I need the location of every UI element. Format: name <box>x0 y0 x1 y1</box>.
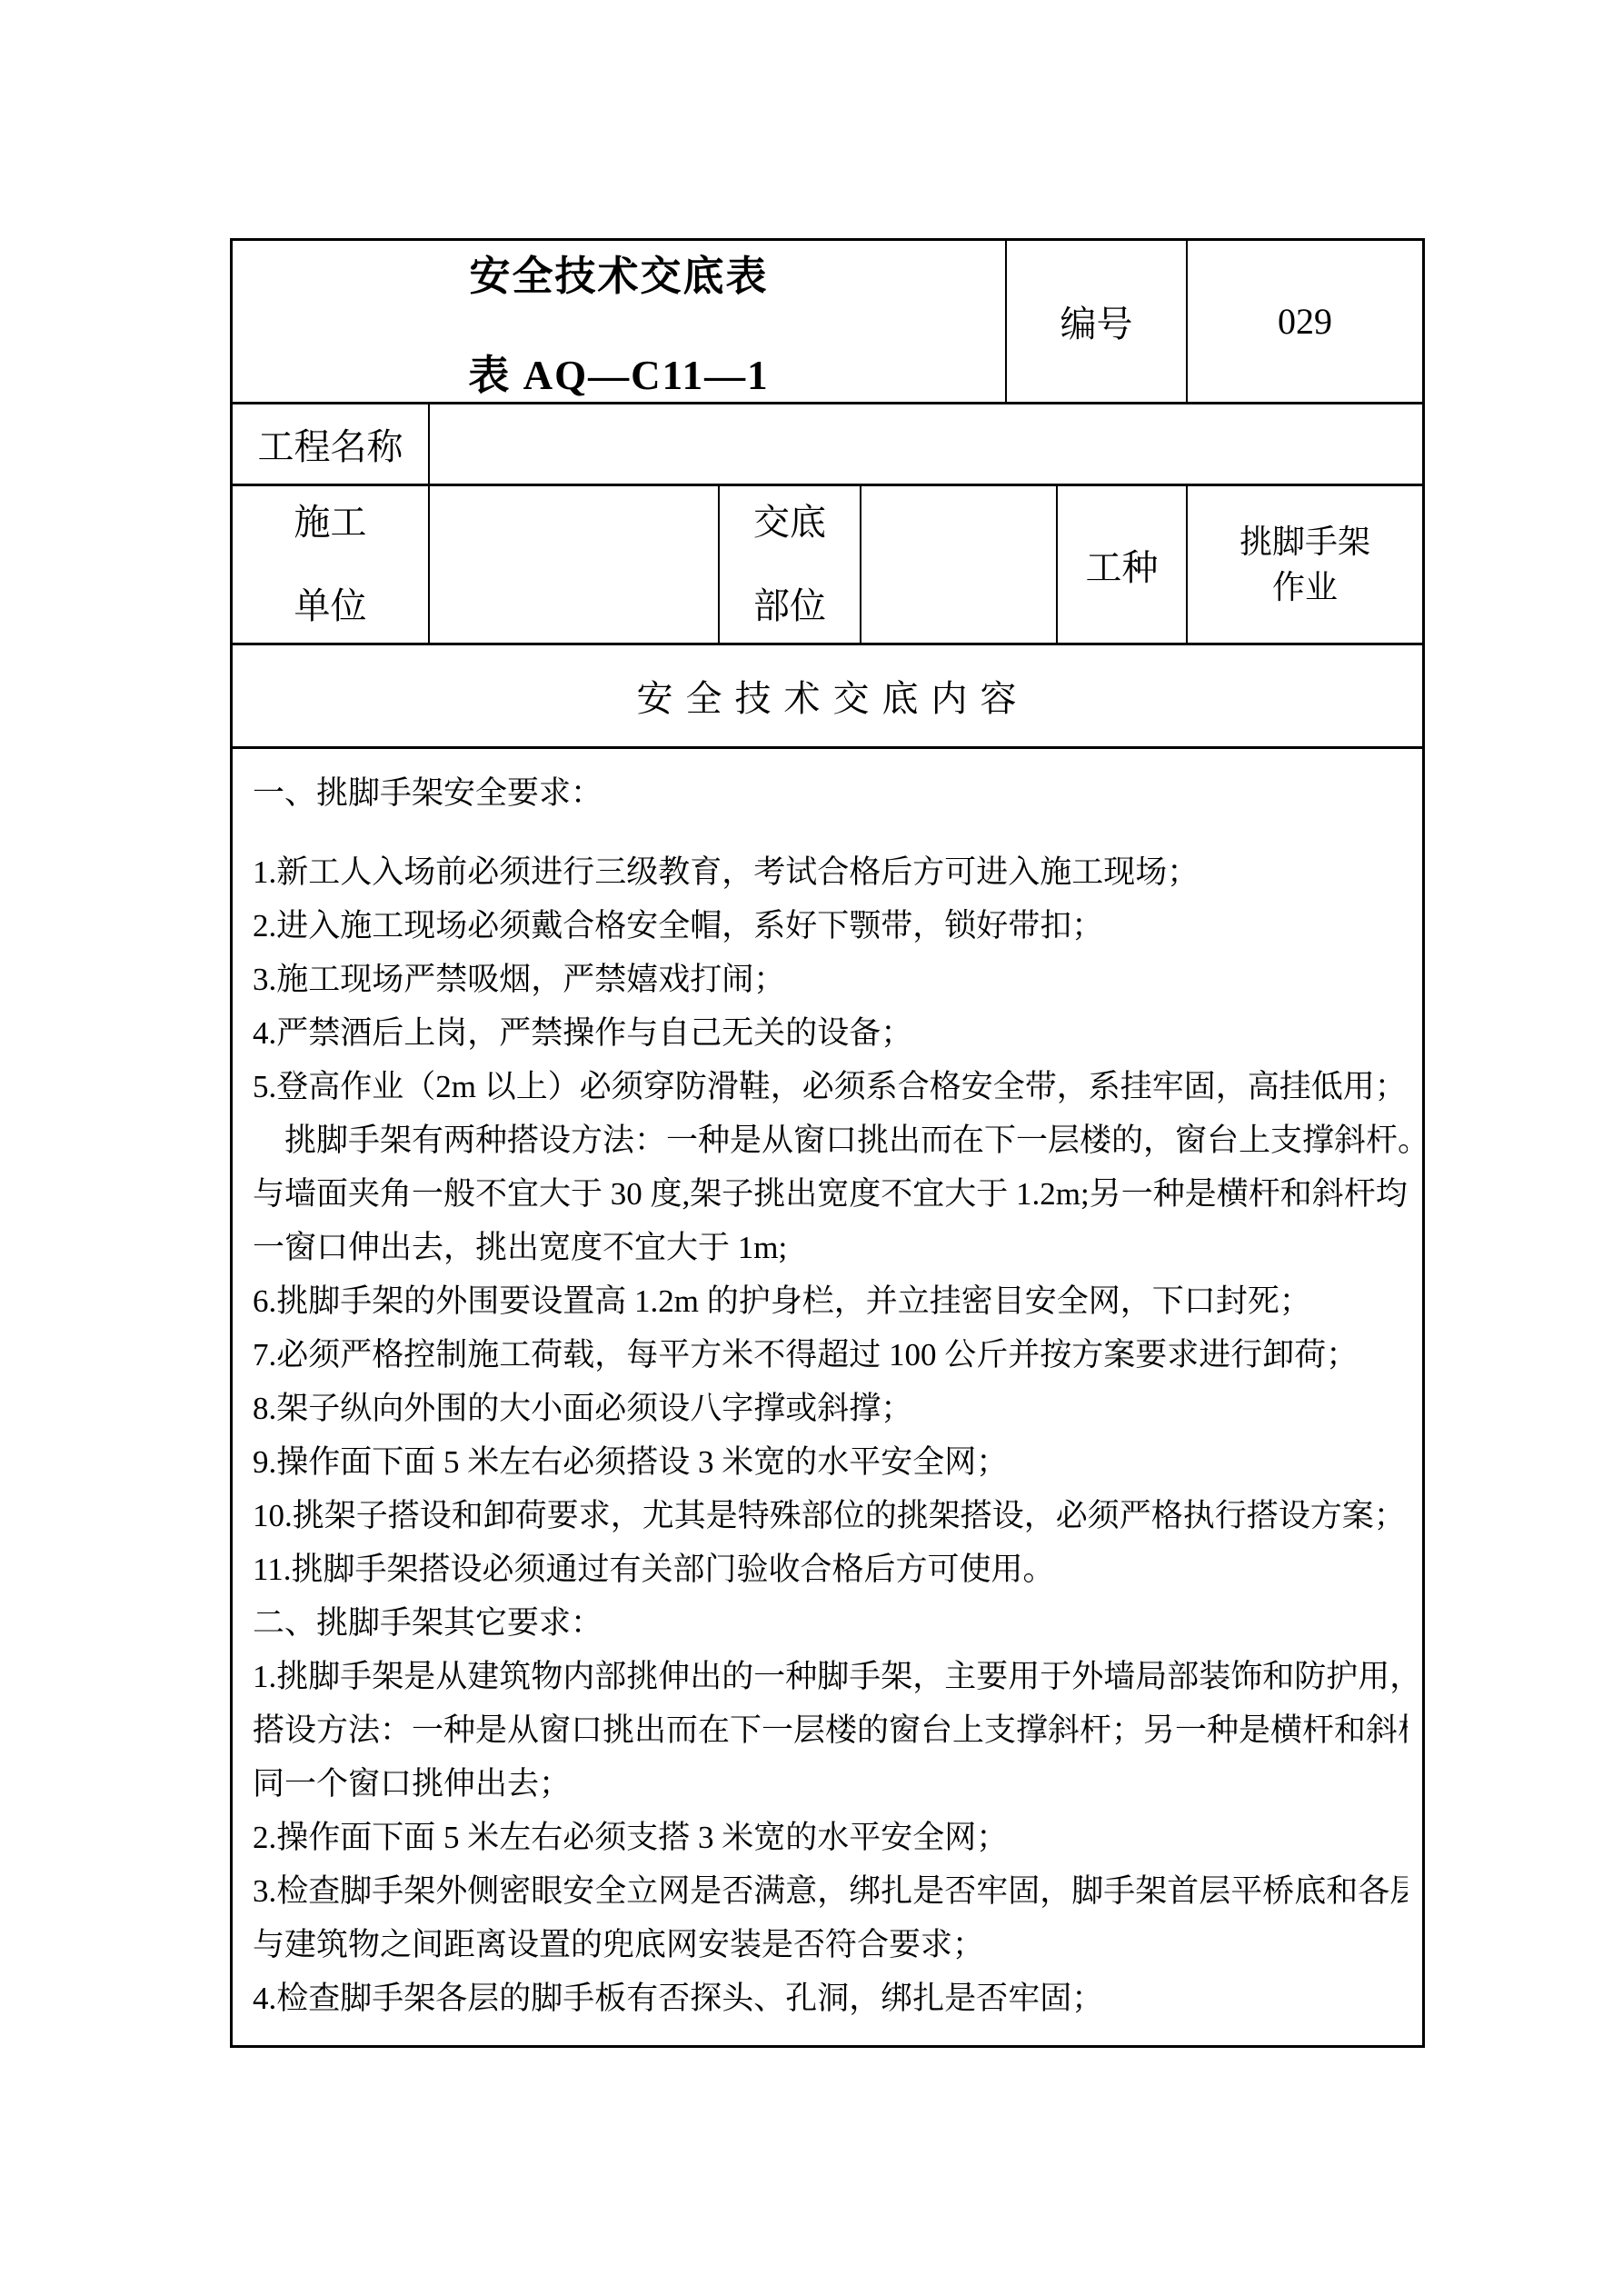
content-line: 1.挑脚手架是从建筑物内部挑伸出的一种脚手架，主要用于外墙局部装饰和防护用，两种 <box>253 1647 1408 1701</box>
content-line: 与建筑物之间距离设置的兜底网安装是否符合要求； <box>253 1915 1408 1969</box>
content-row: 一、挑脚手架安全要求： 1.新工人入场前必须进行三级教育，考试合格后方可进入施工… <box>233 746 1422 2045</box>
construction-unit-label: 施工单位 <box>294 486 368 643</box>
content-line: 8.架子纵向外围的大小面必须设八字撑或斜撑； <box>253 1379 1408 1433</box>
project-name-row: 工程名称 <box>233 402 1422 484</box>
work-type-value-cell: 挑脚手架作业 <box>1188 486 1422 643</box>
number-value: 029 <box>1278 300 1332 343</box>
disclosure-part-label-cell: 交底部位 <box>720 486 861 643</box>
work-type-label: 工种 <box>1086 539 1159 591</box>
content-line: 二、挑脚手架其它要求： <box>253 1593 1408 1647</box>
form-code: 表 AQ—C11—1 <box>468 342 769 401</box>
form-title-cell: 安全技术交底表 表 AQ—C11—1 <box>233 241 1007 402</box>
safety-disclosure-table: 安全技术交底表 表 AQ—C11—1 编号 029 工程名称 施工单位 <box>230 238 1425 2048</box>
content-header-cell: 安 全 技 术 交 底 内 容 <box>233 645 1422 746</box>
header-row: 安全技术交底表 表 AQ—C11—1 编号 029 <box>233 241 1422 402</box>
work-type-label-cell: 工种 <box>1058 486 1188 643</box>
form-title: 安全技术交底表 <box>469 243 768 302</box>
project-name-value-cell <box>430 404 1422 484</box>
document-page: 安全技术交底表 表 AQ—C11—1 编号 029 工程名称 施工单位 <box>0 0 1623 2296</box>
content-line: 1.新工人入场前必须进行三级教育，考试合格后方可进入施工现场； <box>253 843 1408 896</box>
content-line: 9.操作面下面 5 米左右必须搭设 3 米宽的水平安全网； <box>253 1433 1408 1486</box>
content-line: 5.登高作业（2m 以上）必须穿防滑鞋，必须系合格安全带，系挂牢固，高挂低用； <box>253 1057 1408 1111</box>
number-label-cell: 编号 <box>1007 241 1188 402</box>
content-header: 安 全 技 术 交 底 内 容 <box>637 670 1019 722</box>
work-type-value: 挑脚手架作业 <box>1232 519 1378 610</box>
content-line: 与墙面夹角一般不宜大于 30 度,架子挑出宽度不宜大于 1.2m;另一种是横杆和… <box>253 1164 1408 1218</box>
content-line: 挑脚手架有两种搭设方法：一种是从窗口挑出而在下一层楼的，窗台上支撑斜杆。斜杆 <box>253 1111 1408 1164</box>
construction-unit-label-cell: 施工单位 <box>233 486 430 643</box>
project-name-label-cell: 工程名称 <box>233 404 430 484</box>
number-value-cell: 029 <box>1188 241 1422 402</box>
unit-part-worktype-row: 施工单位 交底部位 工种 挑脚手架作业 <box>233 484 1422 643</box>
disclosure-part-value-cell <box>861 486 1058 643</box>
content-line: 10.挑架子搭设和卸荷要求，尤其是特殊部位的挑架搭设，必须严格执行搭设方案； <box>253 1486 1408 1540</box>
content-line: 搭设方法：一种是从窗口挑出而在下一层楼的窗台上支撑斜杆；另一种是横杆和斜杆均从 <box>253 1701 1408 1754</box>
construction-unit-value-cell <box>430 486 720 643</box>
content-line: 一、挑脚手架安全要求： <box>253 764 1408 817</box>
content-line: 2.进入施工现场必须戴合格安全帽，系好下颚带，锁好带扣； <box>253 896 1408 950</box>
content-line: 4.检查脚手架各层的脚手板有否探头、孔洞，绑扎是否牢固； <box>253 1969 1408 2022</box>
content-line: 同一个窗口挑伸出去； <box>253 1754 1408 1808</box>
content-line: 3.施工现场严禁吸烟，严禁嬉戏打闹； <box>253 950 1408 1003</box>
number-label: 编号 <box>1060 295 1133 347</box>
content-line: 6.挑脚手架的外围要设置高 1.2m 的护身栏，并立挂密目安全网，下口封死； <box>253 1272 1408 1325</box>
content-line: 3.检查脚手架外侧密眼安全立网是否满意，绑扎是否牢固，脚手架首层平桥底和各层平桥 <box>253 1862 1408 1915</box>
content-line: 11.挑脚手架搭设必须通过有关部门验收合格后方可使用。 <box>253 1540 1408 1593</box>
content-body: 一、挑脚手架安全要求： 1.新工人入场前必须进行三级教育，考试合格后方可进入施工… <box>233 749 1422 2045</box>
project-name-label: 工程名称 <box>258 418 403 470</box>
content-line: 一窗口伸出去，挑出宽度不宜大于 1m; <box>253 1218 1408 1272</box>
content-line: 2.操作面下面 5 米左右必须支搭 3 米宽的水平安全网； <box>253 1808 1408 1862</box>
content-header-row: 安 全 技 术 交 底 内 容 <box>233 643 1422 746</box>
disclosure-part-label: 交底部位 <box>752 486 827 643</box>
content-line: 4.严禁酒后上岗，严禁操作与自己无关的设备； <box>253 1003 1408 1057</box>
content-line: 7.必须严格控制施工荷载，每平方米不得超过 100 公斤并按方案要求进行卸荷； <box>253 1325 1408 1379</box>
